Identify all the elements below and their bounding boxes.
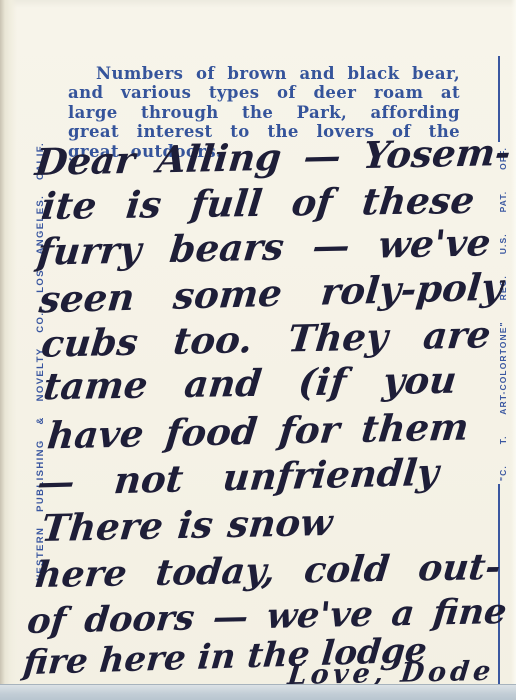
handwritten-line: Dear Alling — Yosem- <box>34 134 513 181</box>
handwritten-line: furry bears — we've <box>36 224 493 270</box>
printer-imprint: "C. T. ART-COLORTONE" REG. U.S. PAT. OFF… <box>498 147 508 481</box>
handwritten-line: tame and (if you <box>42 362 459 405</box>
card-top-edge <box>0 0 516 8</box>
handwritten-line: of doors — we've a fine <box>26 594 509 639</box>
divider-line-top <box>498 56 500 142</box>
handwritten-line: seen some roly-poly <box>38 269 505 319</box>
handwritten-line: cubs too. They are <box>40 316 493 362</box>
handwritten-line: There is snow <box>40 504 334 547</box>
card-right-edge <box>511 0 516 700</box>
handwritten-line: — not unfriendly <box>36 454 441 501</box>
handwritten-line: ite is full of these <box>40 182 477 225</box>
handwritten-line: have food for them <box>46 409 471 455</box>
scan-edge-bottom <box>0 684 516 700</box>
card-left-edge <box>0 0 17 700</box>
handwritten-line: here today, cold out- <box>34 549 503 593</box>
postcard-scan: Numbers of brown and black bear, and var… <box>0 0 516 700</box>
